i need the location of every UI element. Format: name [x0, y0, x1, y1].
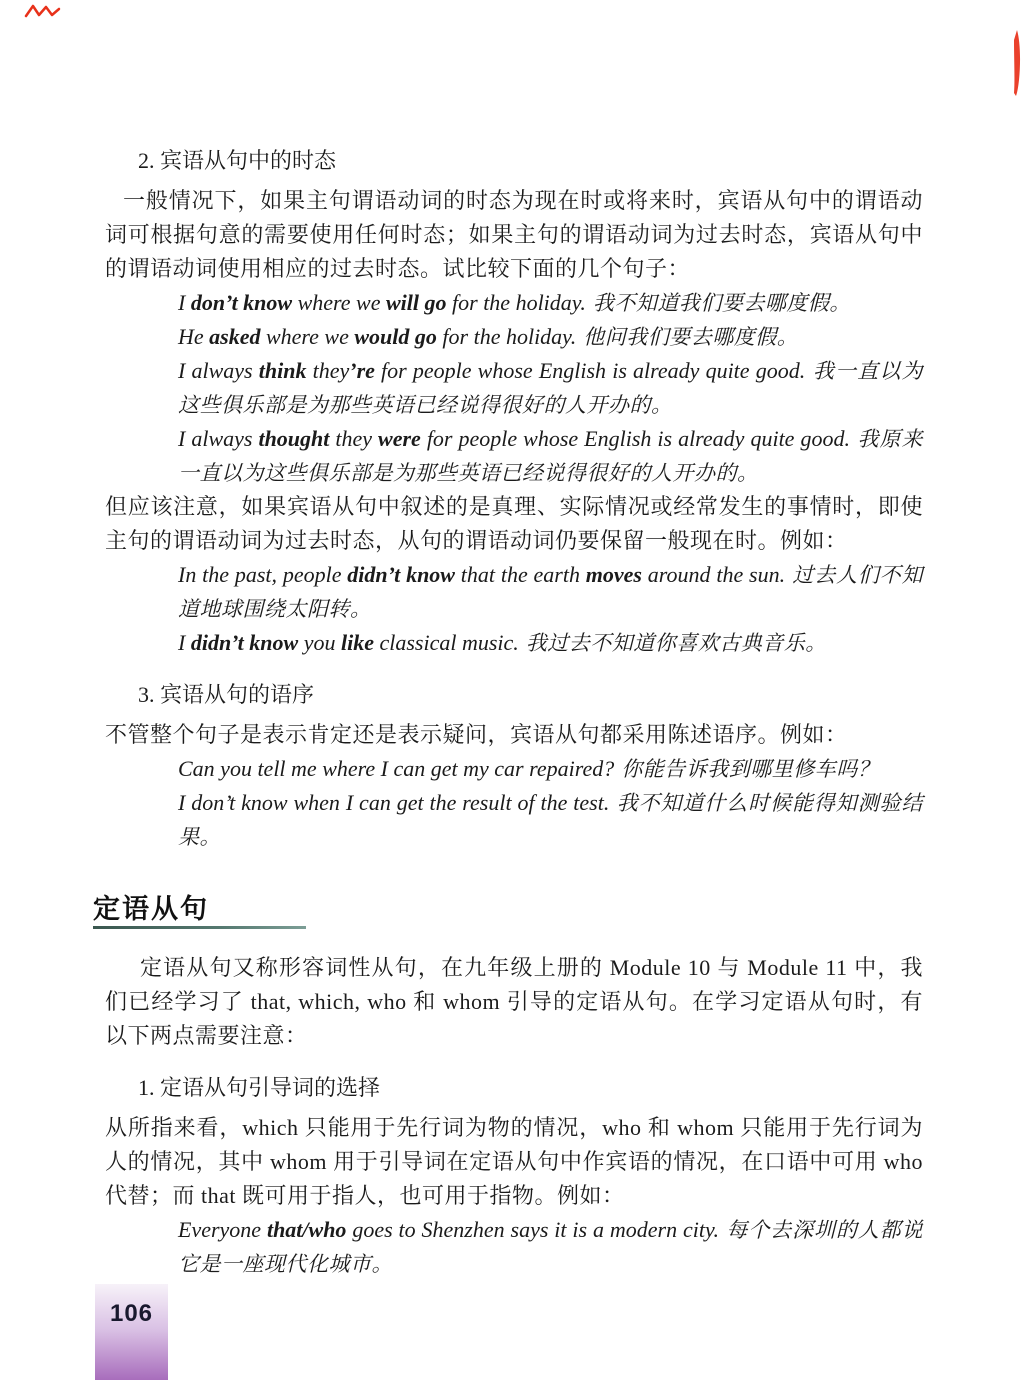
chinese-translation: 他问我们要去哪度假。: [583, 325, 798, 349]
english-sentence: In the past, people didn’t know that the…: [178, 562, 785, 587]
english-sentence: I always think they’re for people whose …: [178, 358, 805, 383]
red-ink-streak-icon: [1011, 30, 1023, 96]
example-sentence: I don’t know when I can get the result o…: [178, 786, 923, 854]
paragraph-tense-rule: 一般情况下，如果主句谓语动词的时态为现在时或将来时，宾语从句中的谓语动词可根据句…: [105, 184, 923, 286]
example-sentence: I always think they’re for people whose …: [178, 354, 923, 422]
english-sentence: He asked where we would go for the holid…: [178, 324, 576, 349]
english-sentence: I didn’t know you like classical music.: [178, 630, 519, 655]
paragraph-attributive-intro: 定语从句又称形容词性从句，在九年级上册的 Module 10 与 Module …: [105, 951, 923, 1053]
paragraph-order-rule: 不管整个句子是表示肯定还是表示疑问，宾语从句都采用陈述语序。例如：: [105, 718, 923, 752]
page-number: 106: [110, 1300, 153, 1327]
heading-object-clause-tense: 2. 宾语从句中的时态: [138, 148, 923, 174]
english-sentence: I don’t know where we will go for the ho…: [178, 290, 586, 315]
page-number-badge: 106: [95, 1284, 168, 1380]
paragraph-relative-word-rule: 从所指来看，which 只能用于先行词为物的情况，who 和 whom 只能用于…: [105, 1111, 923, 1213]
example-sentence: In the past, people didn’t know that the…: [178, 558, 923, 626]
example-group-order: Can you tell me where I can get my car r…: [178, 752, 923, 854]
heading-relative-word-choice: 1. 定语从句引导词的选择: [138, 1075, 923, 1101]
example-sentence: I didn’t know you like classical music.我…: [178, 626, 923, 660]
example-sentence: Can you tell me where I can get my car r…: [178, 752, 923, 786]
paragraph-tense-note: 但应该注意，如果宾语从句中叙述的是真理、实际情况或经常发生的事情时，即使主句的谓…: [105, 490, 923, 558]
example-group-tense: I don’t know where we will go for the ho…: [178, 286, 923, 490]
example-group-truth: In the past, people didn’t know that the…: [178, 558, 923, 660]
title-underline: [93, 926, 306, 929]
example-sentence: He asked where we would go for the holid…: [178, 320, 923, 354]
english-sentence: Everyone that/who goes to Shenzhen says …: [178, 1217, 719, 1242]
attributive-clause-section-title: 定语从句: [93, 894, 306, 929]
heading-object-clause-order: 3. 宾语从句的语序: [138, 682, 923, 708]
textbook-page: 2. 宾语从句中的时态 一般情况下，如果主句谓语动词的时态为现在时或将来时，宾语…: [0, 0, 1024, 1400]
example-group-attributive: Everyone that/who goes to Shenzhen says …: [178, 1213, 923, 1281]
english-sentence: I don’t know when I can get the result o…: [178, 790, 609, 815]
chinese-translation: 我过去不知道你喜欢古典音乐。: [526, 631, 827, 655]
example-sentence: I don’t know where we will go for the ho…: [178, 286, 923, 320]
section-title-text: 定语从句: [93, 894, 306, 924]
example-sentence: I always thought they were for people wh…: [178, 422, 923, 490]
chinese-translation: 你能告诉我到哪里修车吗？: [621, 757, 879, 781]
example-sentence: Everyone that/who goes to Shenzhen says …: [178, 1213, 923, 1281]
page-content: 2. 宾语从句中的时态 一般情况下，如果主句谓语动词的时态为现在时或将来时，宾语…: [105, 148, 923, 1281]
chinese-translation: 我不知道我们要去哪度假。: [593, 291, 851, 315]
english-sentence: I always thought they were for people wh…: [178, 426, 850, 451]
english-sentence: Can you tell me where I can get my car r…: [178, 756, 614, 781]
red-ink-scribble-icon: [24, 2, 62, 20]
